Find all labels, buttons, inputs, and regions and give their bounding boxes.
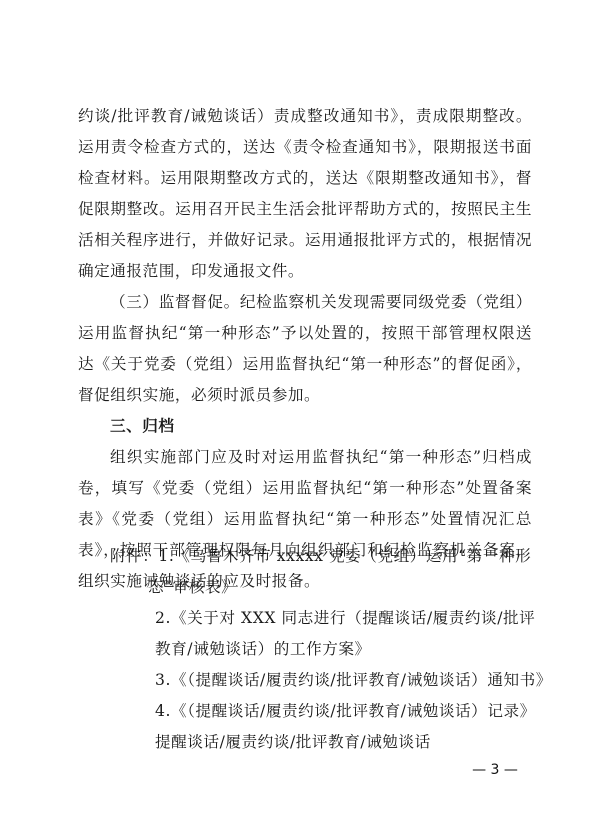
body-text-line: 运用监督执纪“第一种形态”予以处置的，按照干部管理权限送 [78,318,532,349]
attachment-item-4: 4.《（提醒谈话/履责约谈/批评教育/诫勉谈话）记录》 [155,696,533,727]
body-text-line: 卷，填写《党委（党组）运用监督执纪“第一种形态”处置备案 [78,473,532,504]
body-text-line: 督促组织实施，必须时派员参加。 [78,380,532,411]
supervision-paragraph-start: （三）监督督促。纪检监察机关发现需要同级党委（党组） [110,287,532,318]
attachment-item-4-continuation: 提醒谈话/履责约谈/批评教育/诫勉谈话 [155,727,533,758]
body-text-line: 确定通报范围，印发通报文件。 [78,256,532,287]
body-text-line: 达《关于党委（党组）运用监督执纪“第一种形态”的督促函》， [78,349,532,380]
document-page: 约谈/批评教育/诫勉谈话）责成整改通知书》，责成限期整改。 运用责令检查方式的，… [0,0,592,836]
attachment-item-1-continuation: 态”审核表》 [148,572,528,603]
section-heading-archive: 三、归档 [110,411,310,442]
body-text-line: 活相关程序进行，并做好记录。运用通报批评方式的，根据情况 [78,225,532,256]
body-text-line: 约谈/批评教育/诫勉谈话）责成整改通知书》，责成限期整改。 [78,101,532,132]
body-text-line: 表》《党委（党组）运用监督执纪“第一种形态”处置情况汇总 [78,504,532,535]
attachment-item-2-continuation: 教育/诫勉谈话）的工作方案》 [155,634,533,665]
attachment-item-2: 2.《关于对 XXX 同志进行（提醒谈话/履责约谈/批评 [155,603,533,634]
page-number: — 3 — [460,760,530,780]
attachment-label-line: 附件：1.《乌鲁木齐市 xxxxx 党委（党组）运用“第一种形 [110,541,532,572]
body-text-line: 促限期整改。运用召开民主生活会批评帮助方式的，按照民主生 [78,194,532,225]
archive-paragraph-start: 组织实施部门应及时对运用监督执纪“第一种形态”归档成 [110,442,532,473]
body-text-line: 运用责令检查方式的，送达《责令检查通知书》，限期报送书面 [78,132,532,163]
body-text-line: 检查材料。运用限期整改方式的，送达《限期整改通知书》，督 [78,163,532,194]
attachment-item-3: 3.《（提醒谈话/履责约谈/批评教育/诫勉谈话）通知书》 [155,665,533,696]
